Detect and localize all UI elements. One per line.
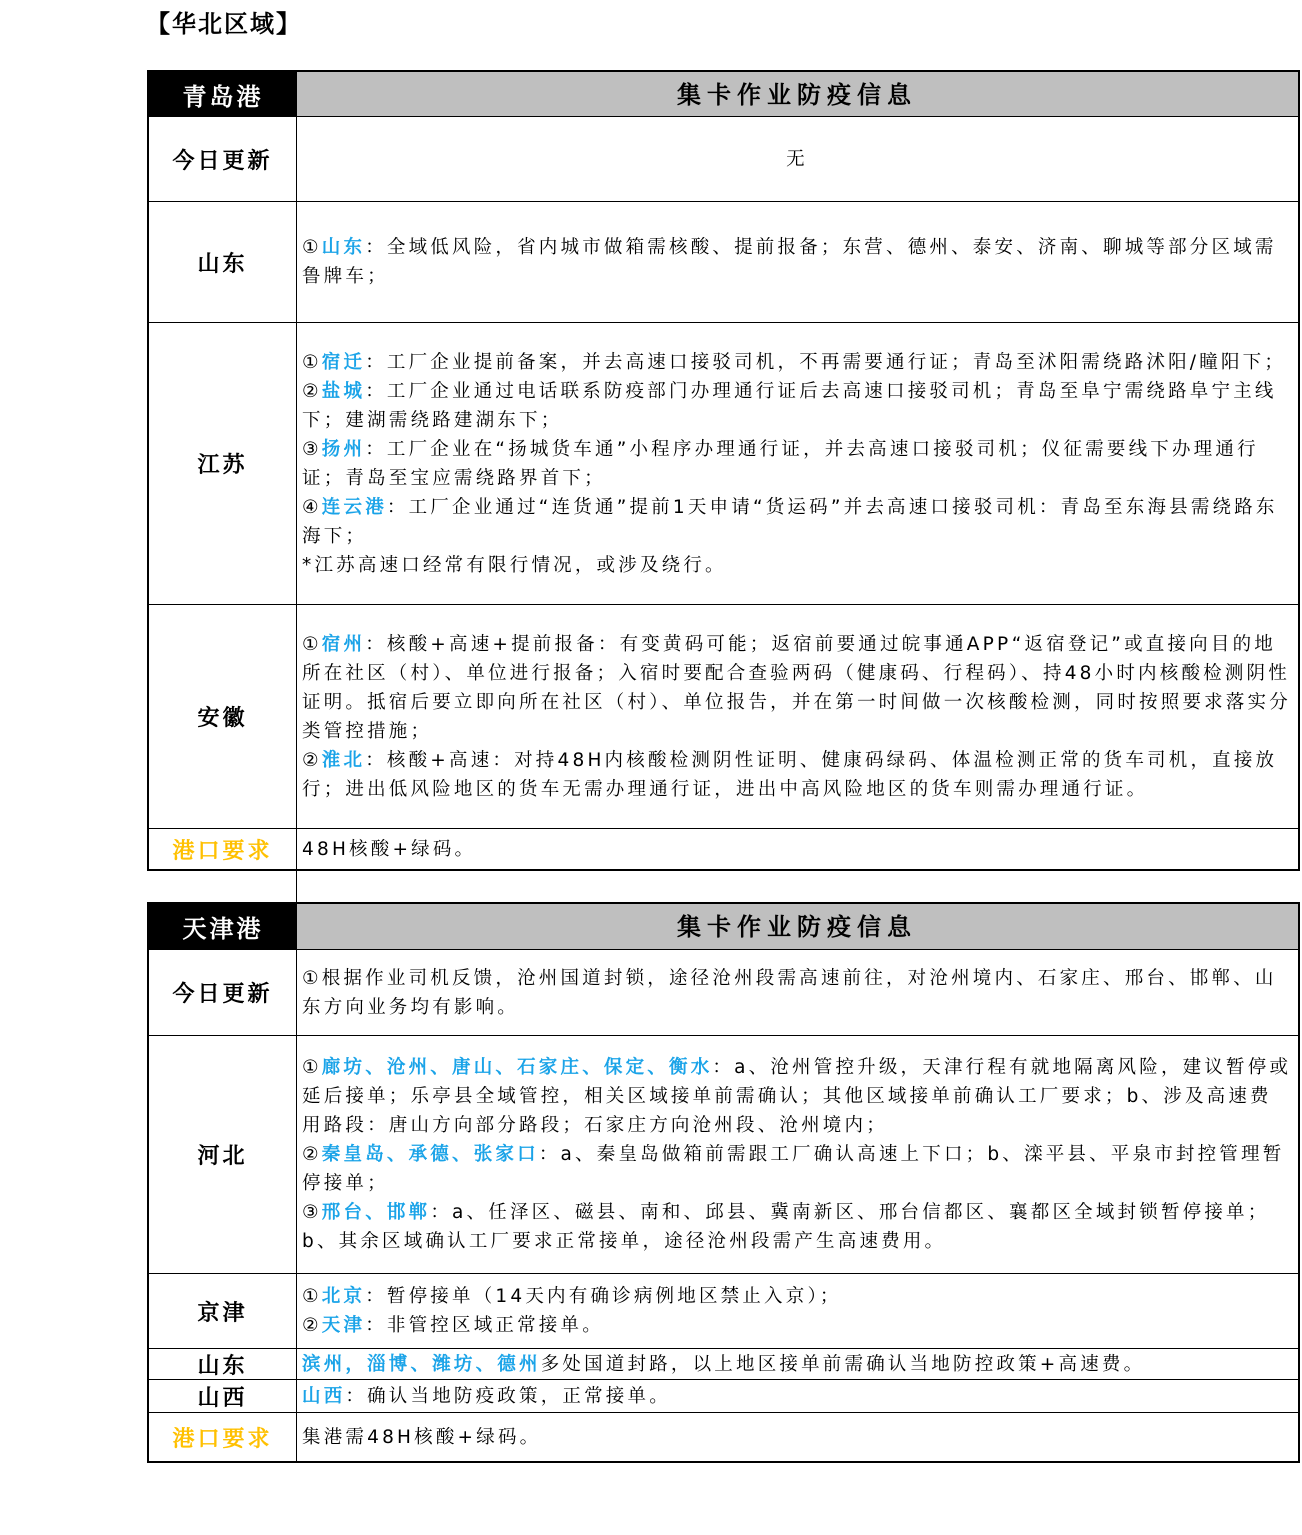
content-text: ：工厂企业提前备案，并去高速口接驳司机，不再需要通行证；青岛至沭阳需绕路沭阳/瞳…	[365, 352, 1286, 373]
content-text: ②	[302, 1315, 322, 1336]
content-line: ①宿州：核酸+高速+提前报备：有变黄码可能；返宿前要通过皖事通APP“返宿登记”…	[302, 630, 1292, 746]
row-label: 安徽	[149, 605, 297, 828]
highlighted-location: 邢台、邯郸	[322, 1202, 431, 1223]
port-table-qingdao: 青岛港 集卡作业防疫信息 今日更新 无 山东 ①山东：全域低风险，省内城市做箱需…	[147, 70, 1300, 871]
highlighted-location: 淮北	[322, 750, 365, 771]
highlighted-location: 宿迁	[322, 352, 365, 373]
content-text: ①根据作业司机反馈，沧州国道封锁，途径沧州段需高速前往，对沧州境内、石家庄、邢台…	[302, 968, 1277, 1018]
content-line: *江苏高速口经常有限行情况，或涉及绕行。	[302, 551, 1292, 580]
content-text: ：工厂企业通过电话联系防疫部门办理通行证后去高速口接驳司机；青岛至阜宁需绕路阜宁…	[302, 381, 1277, 431]
table-header-title: 集卡作业防疫信息	[297, 904, 1298, 949]
content-text: ：工厂企业通过“连货通”提前1天申请“货运码”并去高速口接驳司机：青岛至东海县需…	[302, 497, 1278, 547]
content-text: ：确认当地防疫政策，正常接单。	[345, 1386, 671, 1407]
highlighted-location: 廊坊、沧州、唐山、石家庄、保定、衡水	[322, 1057, 713, 1078]
content-line: ②秦皇岛、承德、张家口：a、秦皇岛做箱前需跟工厂确认高速上下口；b、滦平县、平泉…	[302, 1140, 1292, 1198]
row-content: ①山东：全域低风险，省内城市做箱需核酸、提前报备；东营、德州、泰安、济南、聊城等…	[297, 202, 1298, 322]
content-text: ②	[302, 750, 322, 771]
content-text: ①	[302, 634, 322, 655]
content-line: ②盐城：工厂企业通过电话联系防疫部门办理通行证后去高速口接驳司机；青岛至阜宁需绕…	[302, 377, 1292, 435]
table-row-today-update: 今日更新 无	[149, 116, 1298, 201]
row-label: 港口要求	[149, 829, 297, 869]
content-text: 多处国道封路，以上地区接单前需确认当地防控政策+高速费。	[541, 1354, 1146, 1375]
row-label: 今日更新	[149, 117, 297, 201]
content-line: ④连云港：工厂企业通过“连货通”提前1天申请“货运码”并去高速口接驳司机：青岛至…	[302, 493, 1292, 551]
content-text: ①	[302, 237, 322, 258]
highlighted-location: 扬州	[322, 439, 365, 460]
content-line: 集港需48H核酸+绿码。	[302, 1423, 1292, 1452]
content-text: 无	[786, 149, 808, 170]
content-text: ：工厂企业在“扬城货车通”小程序办理通行证，并去高速口接驳司机；仪征需要线下办理…	[302, 439, 1259, 489]
highlighted-location: 宿州	[322, 634, 365, 655]
content-line: ①宿迁：工厂企业提前备案，并去高速口接驳司机，不再需要通行证；青岛至沭阳需绕路沭…	[302, 348, 1292, 377]
highlighted-location: 山东	[322, 237, 365, 258]
highlighted-location: 北京	[322, 1286, 365, 1307]
highlighted-location: 滨州，淄博、潍坊、德州	[302, 1354, 541, 1375]
table-row-port-requirement: 港口要求 48H核酸+绿码。	[149, 828, 1298, 869]
content-line: ①山东：全域低风险，省内城市做箱需核酸、提前报备；东营、德州、泰安、济南、聊城等…	[302, 233, 1292, 291]
row-label: 山东	[149, 202, 297, 322]
highlighted-location: 山西	[302, 1386, 345, 1407]
row-content: ①宿州：核酸+高速+提前报备：有变黄码可能；返宿前要通过皖事通APP“返宿登记”…	[297, 605, 1298, 828]
content-text: ：暂停接单（14天内有确诊病例地区禁止入京）；	[365, 1286, 841, 1307]
row-content: ①廊坊、沧州、唐山、石家庄、保定、衡水：a、沧州管控升级，天津行程有就地隔离风险…	[297, 1036, 1298, 1273]
row-label: 江苏	[149, 323, 297, 604]
content-text: ①	[302, 352, 322, 373]
table-row-jingjin: 京津 ①北京：暂停接单（14天内有确诊病例地区禁止入京）；②天津：非管控区域正常…	[149, 1273, 1298, 1348]
content-text: ③	[302, 1202, 322, 1223]
content-line: 滨州，淄博、潍坊、德州多处国道封路，以上地区接单前需确认当地防控政策+高速费。	[302, 1350, 1292, 1379]
row-content: ①宿迁：工厂企业提前备案，并去高速口接驳司机，不再需要通行证；青岛至沭阳需绕路沭…	[297, 323, 1298, 604]
port-name: 青岛港	[149, 72, 297, 116]
row-content: 无	[297, 117, 1298, 201]
content-line: ②淮北：核酸+高速：对持48H内核酸检测阴性证明、健康码绿码、体温检测正常的货车…	[302, 746, 1292, 804]
highlighted-location: 秦皇岛、承德、张家口	[322, 1144, 539, 1165]
content-line: ①廊坊、沧州、唐山、石家庄、保定、衡水：a、沧州管控升级，天津行程有就地隔离风险…	[302, 1053, 1292, 1140]
content-line: ③扬州：工厂企业在“扬城货车通”小程序办理通行证，并去高速口接驳司机；仪征需要线…	[302, 435, 1292, 493]
content-text: *江苏高速口经常有限行情况，或涉及绕行。	[302, 555, 727, 576]
row-label: 港口要求	[149, 1413, 297, 1461]
row-content: ①根据作业司机反馈，沧州国道封锁，途径沧州段需高速前往，对沧州境内、石家庄、邢台…	[297, 950, 1298, 1035]
highlighted-location: 连云港	[322, 497, 387, 518]
content-line: ②天津：非管控区域正常接单。	[302, 1311, 1292, 1340]
content-line: ①北京：暂停接单（14天内有确诊病例地区禁止入京）；	[302, 1282, 1292, 1311]
content-line: ①根据作业司机反馈，沧州国道封锁，途径沧州段需高速前往，对沧州境内、石家庄、邢台…	[302, 964, 1292, 1022]
row-label: 山西	[149, 1380, 297, 1412]
table-row-shandong: 山东 滨州，淄博、潍坊、德州多处国道封路，以上地区接单前需确认当地防控政策+高速…	[149, 1348, 1298, 1379]
content-text: 48H核酸+绿码。	[302, 839, 476, 860]
row-content: 山西：确认当地防疫政策，正常接单。	[297, 1380, 1298, 1412]
row-content: 48H核酸+绿码。	[297, 829, 1298, 869]
row-label: 山东	[149, 1349, 297, 1379]
table-header-title: 集卡作业防疫信息	[297, 72, 1298, 116]
highlighted-location: 盐城	[322, 381, 365, 402]
table-row-hebei: 河北 ①廊坊、沧州、唐山、石家庄、保定、衡水：a、沧州管控升级，天津行程有就地隔…	[149, 1035, 1298, 1273]
table-header-row: 天津港 集卡作业防疫信息	[149, 904, 1298, 949]
content-text: ①	[302, 1057, 322, 1078]
content-text: ①	[302, 1286, 322, 1307]
port-table-tianjin: 天津港 集卡作业防疫信息 今日更新 ①根据作业司机反馈，沧州国道封锁，途径沧州段…	[147, 902, 1300, 1463]
content-text: ：核酸+高速+提前报备：有变黄码可能；返宿前要通过皖事通APP“返宿登记”或直接…	[302, 634, 1291, 742]
content-text: ③	[302, 439, 322, 460]
highlighted-location: 天津	[322, 1315, 365, 1336]
content-text: ：全域低风险，省内城市做箱需核酸、提前报备；东营、德州、泰安、济南、聊城等部分区…	[302, 237, 1277, 287]
content-text: ②	[302, 1144, 322, 1165]
content-text: ：非管控区域正常接单。	[365, 1315, 604, 1336]
content-line: 无	[786, 145, 808, 174]
row-content: ①北京：暂停接单（14天内有确诊病例地区禁止入京）；②天津：非管控区域正常接单。	[297, 1274, 1298, 1348]
row-label: 今日更新	[149, 950, 297, 1035]
table-row-jiangsu: 江苏 ①宿迁：工厂企业提前备案，并去高速口接驳司机，不再需要通行证；青岛至沭阳需…	[149, 322, 1298, 604]
content-line: ③邢台、邯郸：a、任泽区、磁县、南和、邱县、冀南新区、邢台信都区、襄都区全域封锁…	[302, 1198, 1292, 1256]
content-text: 集港需48H核酸+绿码。	[302, 1427, 541, 1448]
content-line: 山西：确认当地防疫政策，正常接单。	[302, 1382, 1292, 1411]
column-divider	[296, 868, 297, 903]
port-name: 天津港	[149, 904, 297, 949]
table-header-row: 青岛港 集卡作业防疫信息	[149, 72, 1298, 116]
table-row-port-requirement: 港口要求 集港需48H核酸+绿码。	[149, 1412, 1298, 1461]
row-label: 河北	[149, 1036, 297, 1273]
table-row-shandong: 山东 ①山东：全域低风险，省内城市做箱需核酸、提前报备；东营、德州、泰安、济南、…	[149, 201, 1298, 322]
content-text: ：a、任泽区、磁县、南和、邱县、冀南新区、邢台信都区、襄都区全域封锁暂停接单；b…	[302, 1202, 1269, 1252]
region-title: 【华北区域】	[146, 4, 302, 39]
row-content: 集港需48H核酸+绿码。	[297, 1413, 1298, 1461]
table-row-anhui: 安徽 ①宿州：核酸+高速+提前报备：有变黄码可能；返宿前要通过皖事通APP“返宿…	[149, 604, 1298, 828]
table-row-today-update: 今日更新 ①根据作业司机反馈，沧州国道封锁，途径沧州段需高速前往，对沧州境内、石…	[149, 949, 1298, 1035]
content-text: ：核酸+高速：对持48H内核酸检测阴性证明、健康码绿码、体温检测正常的货车司机，…	[302, 750, 1277, 800]
row-content: 滨州，淄博、潍坊、德州多处国道封路，以上地区接单前需确认当地防控政策+高速费。	[297, 1349, 1298, 1379]
row-label: 京津	[149, 1274, 297, 1348]
table-row-shanxi: 山西 山西：确认当地防疫政策，正常接单。	[149, 1379, 1298, 1412]
content-text: ④	[302, 497, 322, 518]
content-line: 48H核酸+绿码。	[302, 835, 1292, 864]
content-text: ②	[302, 381, 322, 402]
